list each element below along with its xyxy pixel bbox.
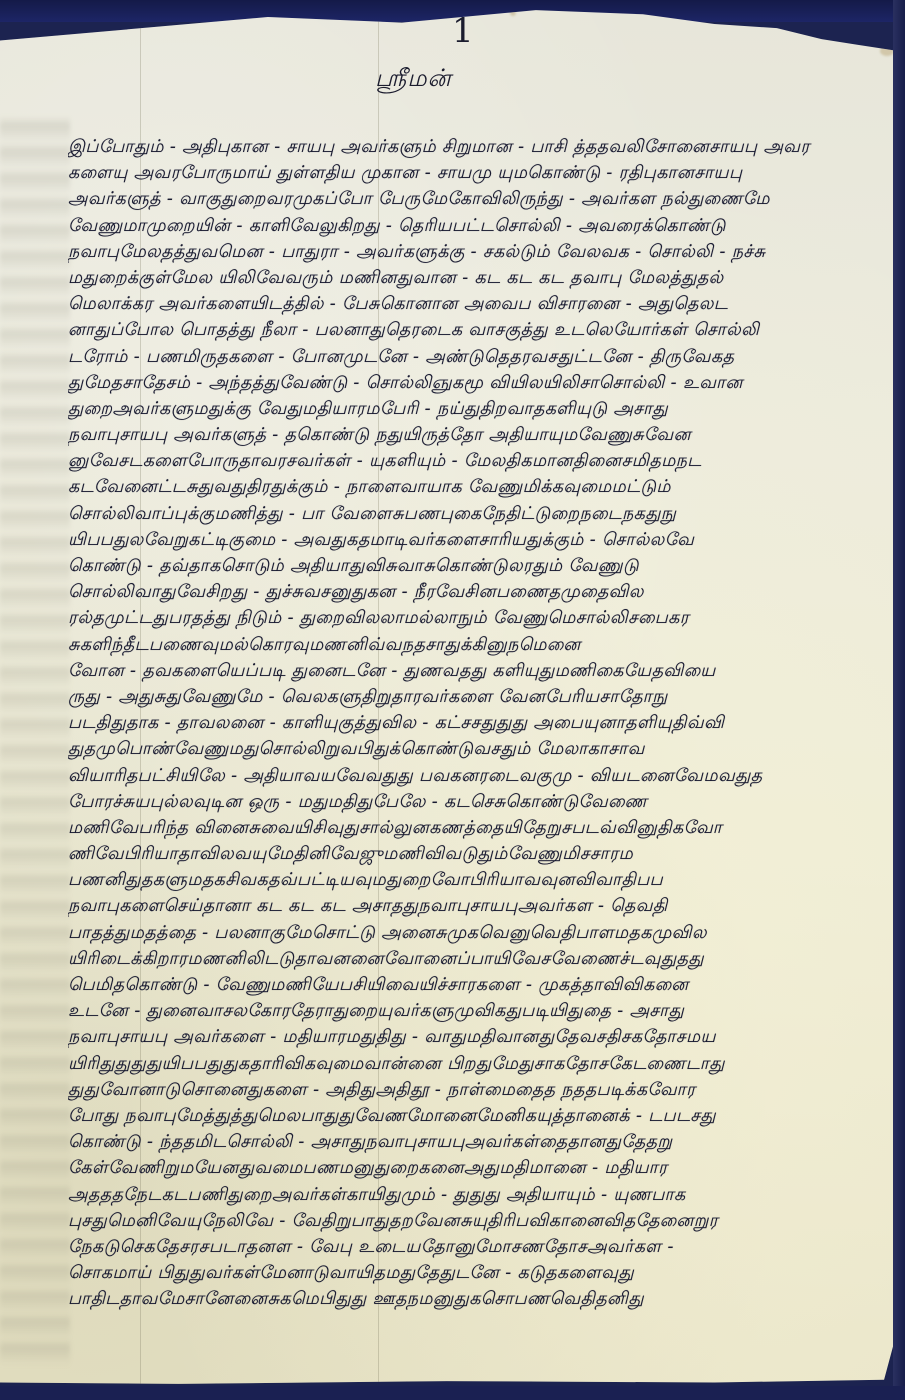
- document-heading: ஸ்ரீமன்: [375, 64, 452, 95]
- text-line: சொல்லிவாதுவேசிறது - துச்சுவசனுதுகன - நீர…: [68, 579, 883, 605]
- text-line: கேள்வேணிறுமயேனதுவமைபணமனுதுறைகனைஅதுமதிமான…: [68, 1155, 883, 1181]
- text-line: அவர்களுத் - வாகுதுறைவரமுகப்போ பேருமேகோவி…: [68, 186, 883, 212]
- text-line: அதததநேடகடபணிதுறைஅவர்கள்காயிதுமும் - துது…: [68, 1182, 883, 1208]
- page-number: 1: [452, 14, 474, 48]
- text-line: போரச்சுயபுல்லவுடின ஒரு - மதுமதிதுபேலே - …: [68, 789, 883, 815]
- text-line: போது நவாபுமேத்துத்துமெலபாதுதுவேணமோனைமேனி…: [68, 1103, 883, 1129]
- text-line: யிபபதுலவேறுகட்டிகுமை - அவதுகதமாடிவர்களைச…: [68, 527, 883, 553]
- text-line: இப்போதும் - அதிபுகான - சாயபு அவர்களும் ச…: [68, 134, 883, 160]
- text-line: சொகமாய் பிதுதுவர்கள்மேனாடுவாயிதமதுதேதுடன…: [68, 1260, 883, 1286]
- text-line: வேணுமாமுறையின் - காளிவேலுகிறது - தெரியபட…: [68, 213, 883, 239]
- text-line: புசதுமெனிவேயுநேலிவே - வேதிறுபாதுதறவேனசுய…: [68, 1208, 883, 1234]
- text-line: ரல்தமுட்டதுபரதத்து நிடும் - துறைவிலலாமல்…: [68, 605, 883, 631]
- text-line: வோன - தவகளையெப்படி துனைடனே - துணவதது களி…: [68, 658, 883, 684]
- text-line: டரோம் - பணமிருதகளை - போனமுடனே - அண்டுதெத…: [68, 344, 883, 370]
- text-line: மெலாக்கர அவர்களையிடத்தில் - பேசுகொனான அவ…: [68, 291, 883, 317]
- text-line: நவாபுசாயபு அவர்களுத் - தகொண்டு நதுயிருத்…: [68, 422, 883, 448]
- ink-bleed-through: [0, 116, 70, 1366]
- text-line: துறைஅவர்களுமதுக்கு வேதுமதியாரமபேரி - நய்…: [68, 396, 883, 422]
- text-line: சுகளிந்தீடபணைவுமல்கொரவுமணனிவ்வநதசாதுக்கி…: [68, 632, 883, 658]
- right-frame-border: [893, 0, 905, 1400]
- manuscript-photo: 1 ஸ்ரீமன் இப்போதும் - அதிபுகான - சாயபு அ…: [0, 0, 905, 1400]
- text-line: மணிவேபரிந்த வினைசுவையிசிவுதுசால்லுனகணத்த…: [68, 815, 883, 841]
- text-line: துதுவோனாடுசொனைதுகளை - அதிதுஅதிதூ - நாள்ம…: [68, 1077, 883, 1103]
- text-line: நவாபுகளைசெய்தானா கட கட கட அசாததுநவாபுசாய…: [68, 893, 883, 919]
- text-line: கொண்டு - தவ்தாகசொடும் அதியாதுவிசுவாசுகொண…: [68, 553, 883, 579]
- manuscript-paper: 1 ஸ்ரீமன் இப்போதும் - அதிபுகான - சாயபு அ…: [0, 6, 893, 1388]
- paper-stain: [880, 46, 894, 56]
- text-line: உடனே - துனைவாசலகோரதேராதுறையுவர்களுமுவிகத…: [68, 998, 883, 1024]
- text-line: வியாரிதபட்சியிலே - அதியாவயவேவதுது பவகனரட…: [68, 763, 883, 789]
- text-line: மதுறைக்குள்மேல யிலிவேவரும் மணினதுவான - க…: [68, 265, 883, 291]
- text-line: பாதிடதாவமேசானேனைசுகமெபிதுது ஊதநமனுதுகசொப…: [68, 1286, 883, 1312]
- text-line: துமேதசாதேசம் - அந்தத்துவேண்டு - சொல்லிஞு…: [68, 370, 883, 396]
- text-line: னுவேசடகளைபோருதாவரசவர்கள் - யுகளியும் - ம…: [68, 448, 883, 474]
- text-line: படதிதுதாக - தாவலனை - காளியுகுத்துவில - க…: [68, 710, 883, 736]
- text-line: கொண்டு - ந்ததமிடசொல்லி - அசாதுநவாபுசாயபு…: [68, 1129, 883, 1155]
- text-line: துதமுபொண்வேணுமதுசொல்லிறுவபிதுக்கொண்டுவசத…: [68, 736, 883, 762]
- bottom-frame-border: [0, 1386, 905, 1400]
- text-line: நவாபுமேலதத்துவமென - பாதுரா - அவர்களுக்கு…: [68, 239, 883, 265]
- text-line: னாதுப்போல பொதத்து நீலா - பலனாதுதெரடைக வா…: [68, 317, 883, 343]
- text-line: யிரிடைக்கிறாரமணனிலிடடுதாவனனைவோனைப்பாயிவே…: [68, 946, 883, 972]
- text-line: யிரிதுதுதுதுயிபபதுதுகதாரிவிகவுமைவான்னை ப…: [68, 1051, 883, 1077]
- text-line: நவாபுசாயபு அவர்களை - மதியாரமதுதிது - வாத…: [68, 1024, 883, 1050]
- text-line: பெமிதகொண்டு - வேணுமணியேபசியிவையிச்சாரகளை…: [68, 972, 883, 998]
- text-line: சொல்லிவாப்புக்குமணித்து - பா வேளைசுபணபுக…: [68, 501, 883, 527]
- manuscript-body: இப்போதும் - அதிபுகான - சாயபு அவர்களும் ச…: [68, 134, 883, 1312]
- text-line: பாதத்துமதத்தை - பலனாகுமேசொட்டு அனைசுமுகவ…: [68, 920, 883, 946]
- text-line: களையு அவரபோருமாய் துள்ளதிய முகான - சாயமு…: [68, 160, 883, 186]
- text-line: நேகடுசெகதேசரசபடாதனள - வேபு உடையதோனுமோசணத…: [68, 1234, 883, 1260]
- text-line: ருது - அதுசுதுவேணுமே - வெலகளுதிறுதாரவர்க…: [68, 684, 883, 710]
- text-line: பணனிதுதகளுமதகசிவகதவ்பட்டியவுமதுறைவோபிரிய…: [68, 867, 883, 893]
- text-line: கடவேனைட்டசுதுவதுதிரதுக்கும் - நாளைவாயாக …: [68, 474, 883, 500]
- text-line: ணிவேபிரியாதாவிலவயுமேதினிவேஜுமணிவிவடுதும்…: [68, 841, 883, 867]
